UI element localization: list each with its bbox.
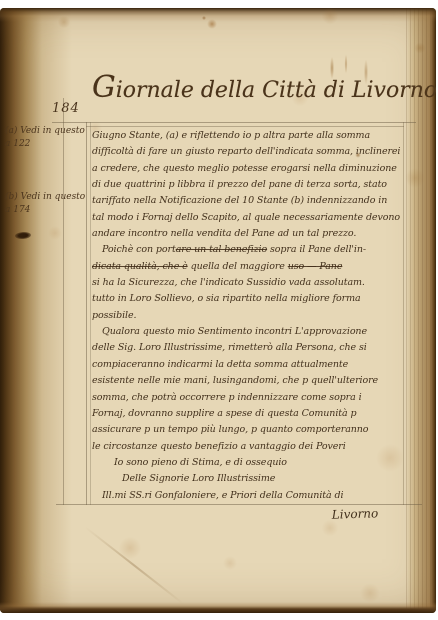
- handwritten-text: si ha la Sicurezza, che l'indicato Sussi…: [92, 277, 365, 288]
- handwritten-text: a credere, che questo meglio potesse ero…: [92, 163, 397, 174]
- scan-background: 184 Giornale della Città di Livorno (a) …: [0, 0, 438, 620]
- margin-note-ref: a 122: [5, 138, 87, 151]
- handwritten-text: esistente nelle mie mani, lusingandomi, …: [92, 375, 378, 386]
- handwritten-text: di due quattrini p libbra il prezzo del …: [92, 179, 387, 190]
- handwritten-text: delle Sig. Loro Illustrissime, rimetterò…: [92, 342, 367, 353]
- handwritten-text: difficoltà di fare un giusto reparto del…: [92, 146, 400, 157]
- manuscript-line: delle Sig. Loro Illustrissime, rimetterò…: [92, 340, 404, 356]
- manuscript-line: tariffato nella Notificazione del 10 Sta…: [92, 193, 404, 209]
- paper-fold-crease: [84, 526, 184, 605]
- handwritten-text: tal modo i Fornaj dello Scapito, al qual…: [92, 212, 400, 223]
- manuscript-line: si ha la Sicurezza, che l'indicato Sussi…: [92, 275, 404, 291]
- handwritten-text: andare incontro nella vendita del Pane a…: [92, 228, 356, 239]
- handwritten-text: sopra il Pane dell'in-: [267, 244, 366, 255]
- book-spine-edge: [0, 8, 72, 613]
- margin-note-ref: a 174: [5, 204, 87, 217]
- handwritten-text: assicurare p un tempo più lungo, p quant…: [92, 424, 368, 435]
- manuscript-line: somma, che potrà occorrere p indennizzar…: [92, 390, 404, 406]
- handwritten-text: Giugno Stante, (a) e riflettendo io p al…: [92, 130, 370, 141]
- handwritten-text: possibile.: [92, 310, 136, 321]
- title-underline: [52, 122, 416, 123]
- manuscript-line: le circostanze questo benefizio a vantag…: [92, 439, 404, 455]
- handwritten-text: Poichè con port: [102, 244, 176, 255]
- manuscript-photo: 184 Giornale della Città di Livorno (a) …: [0, 8, 436, 613]
- manuscript-line: difficoltà di fare un giusto reparto del…: [92, 144, 404, 160]
- handwritten-text: Ill.mi SS.ri Gonfaloniere, e Priori dell…: [102, 490, 343, 501]
- handwritten-text: Fornaj, dovranno supplire a spese di que…: [92, 408, 356, 419]
- text-frame-bottom-rule: [56, 504, 422, 505]
- manuscript-line: andare incontro nella vendita del Pane a…: [92, 226, 404, 242]
- manuscript-line: esistente nelle mie mani, lusingandomi, …: [92, 373, 404, 389]
- handwritten-text: tariffato nella Notificazione del 10 Sta…: [92, 195, 387, 206]
- text-frame-left-rule: [86, 122, 87, 505]
- manuscript-line: possibile.: [92, 308, 404, 324]
- handwritten-text: tutto in Loro Sollievo, o sia ripartito …: [92, 293, 361, 304]
- manuscript-line: a credere, che questo meglio potesse ero…: [92, 161, 404, 177]
- margin-note-a: (a) Vedi in questo a 122: [5, 125, 87, 151]
- handwritten-text: quella del maggiore: [188, 261, 288, 272]
- manuscript-line: Qualora questo mio Sentimento incontri L…: [92, 324, 404, 340]
- manuscript-line: tutto in Loro Sollievo, o sia ripartito …: [92, 291, 404, 307]
- book-top-edge: [0, 8, 436, 22]
- page-number: 184: [52, 101, 80, 116]
- struck-text: uso — Pane: [288, 261, 343, 272]
- struck-text: dicata qualità, che è: [92, 261, 188, 272]
- manuscript-line: dicata qualità, che è quella del maggior…: [92, 259, 404, 275]
- margin-note-text: (a) Vedi in questo: [5, 125, 87, 138]
- margin-note-text: (b) Vedi in questo: [5, 191, 87, 204]
- margin-note-b: (b) Vedi in questo a 174: [5, 191, 87, 217]
- manuscript-line: assicurare p un tempo più lungo, p quant…: [92, 422, 404, 438]
- manuscript-line: compiaceranno indicarmi la detta somma a…: [92, 357, 404, 373]
- book-bottom-edge: [0, 602, 436, 613]
- manuscript-lines: Giugno Stante, (a) e riflettendo io p al…: [92, 128, 404, 504]
- handwritten-text: le circostanze questo benefizio a vantag…: [92, 441, 346, 452]
- struck-text: are un tal benefizio: [176, 244, 267, 255]
- page-title: Giornale della Città di Livorno: [92, 70, 410, 105]
- manuscript-line: tal modo i Fornaj dello Scapito, al qual…: [92, 210, 404, 226]
- handwritten-text: somma, che potrà occorrere p indennizzar…: [92, 392, 362, 403]
- manuscript-line: Delle Signorie Loro Illustrissime: [92, 471, 404, 487]
- signature-place: Livorno: [300, 505, 410, 523]
- manuscript-line: Fornaj, dovranno supplire a spese di que…: [92, 406, 404, 422]
- manuscript-line: Io sono pieno di Stima, e di ossequio: [92, 455, 404, 471]
- handwritten-text: compiaceranno indicarmi la detta somma a…: [92, 359, 348, 370]
- handwritten-text: Delle Signorie Loro Illustrissime: [122, 473, 275, 484]
- manuscript-line: Ill.mi SS.ri Gonfaloniere, e Priori dell…: [92, 488, 404, 504]
- manuscript-line: di due quattrini p libbra il prezzo del …: [92, 177, 404, 193]
- manuscript-line: Giugno Stante, (a) e riflettendo io p al…: [92, 128, 404, 144]
- handwritten-text: Io sono pieno di Stima, e di ossequio: [114, 457, 287, 468]
- text-frame-top-rule: [86, 126, 404, 127]
- margin-rule: [63, 98, 64, 505]
- manuscript-line: Poichè con portare un tal benefizio sopr…: [92, 242, 404, 258]
- text-frame-left-rule-inner: [90, 122, 91, 505]
- handwritten-text: Qualora questo mio Sentimento incontri L…: [102, 326, 367, 337]
